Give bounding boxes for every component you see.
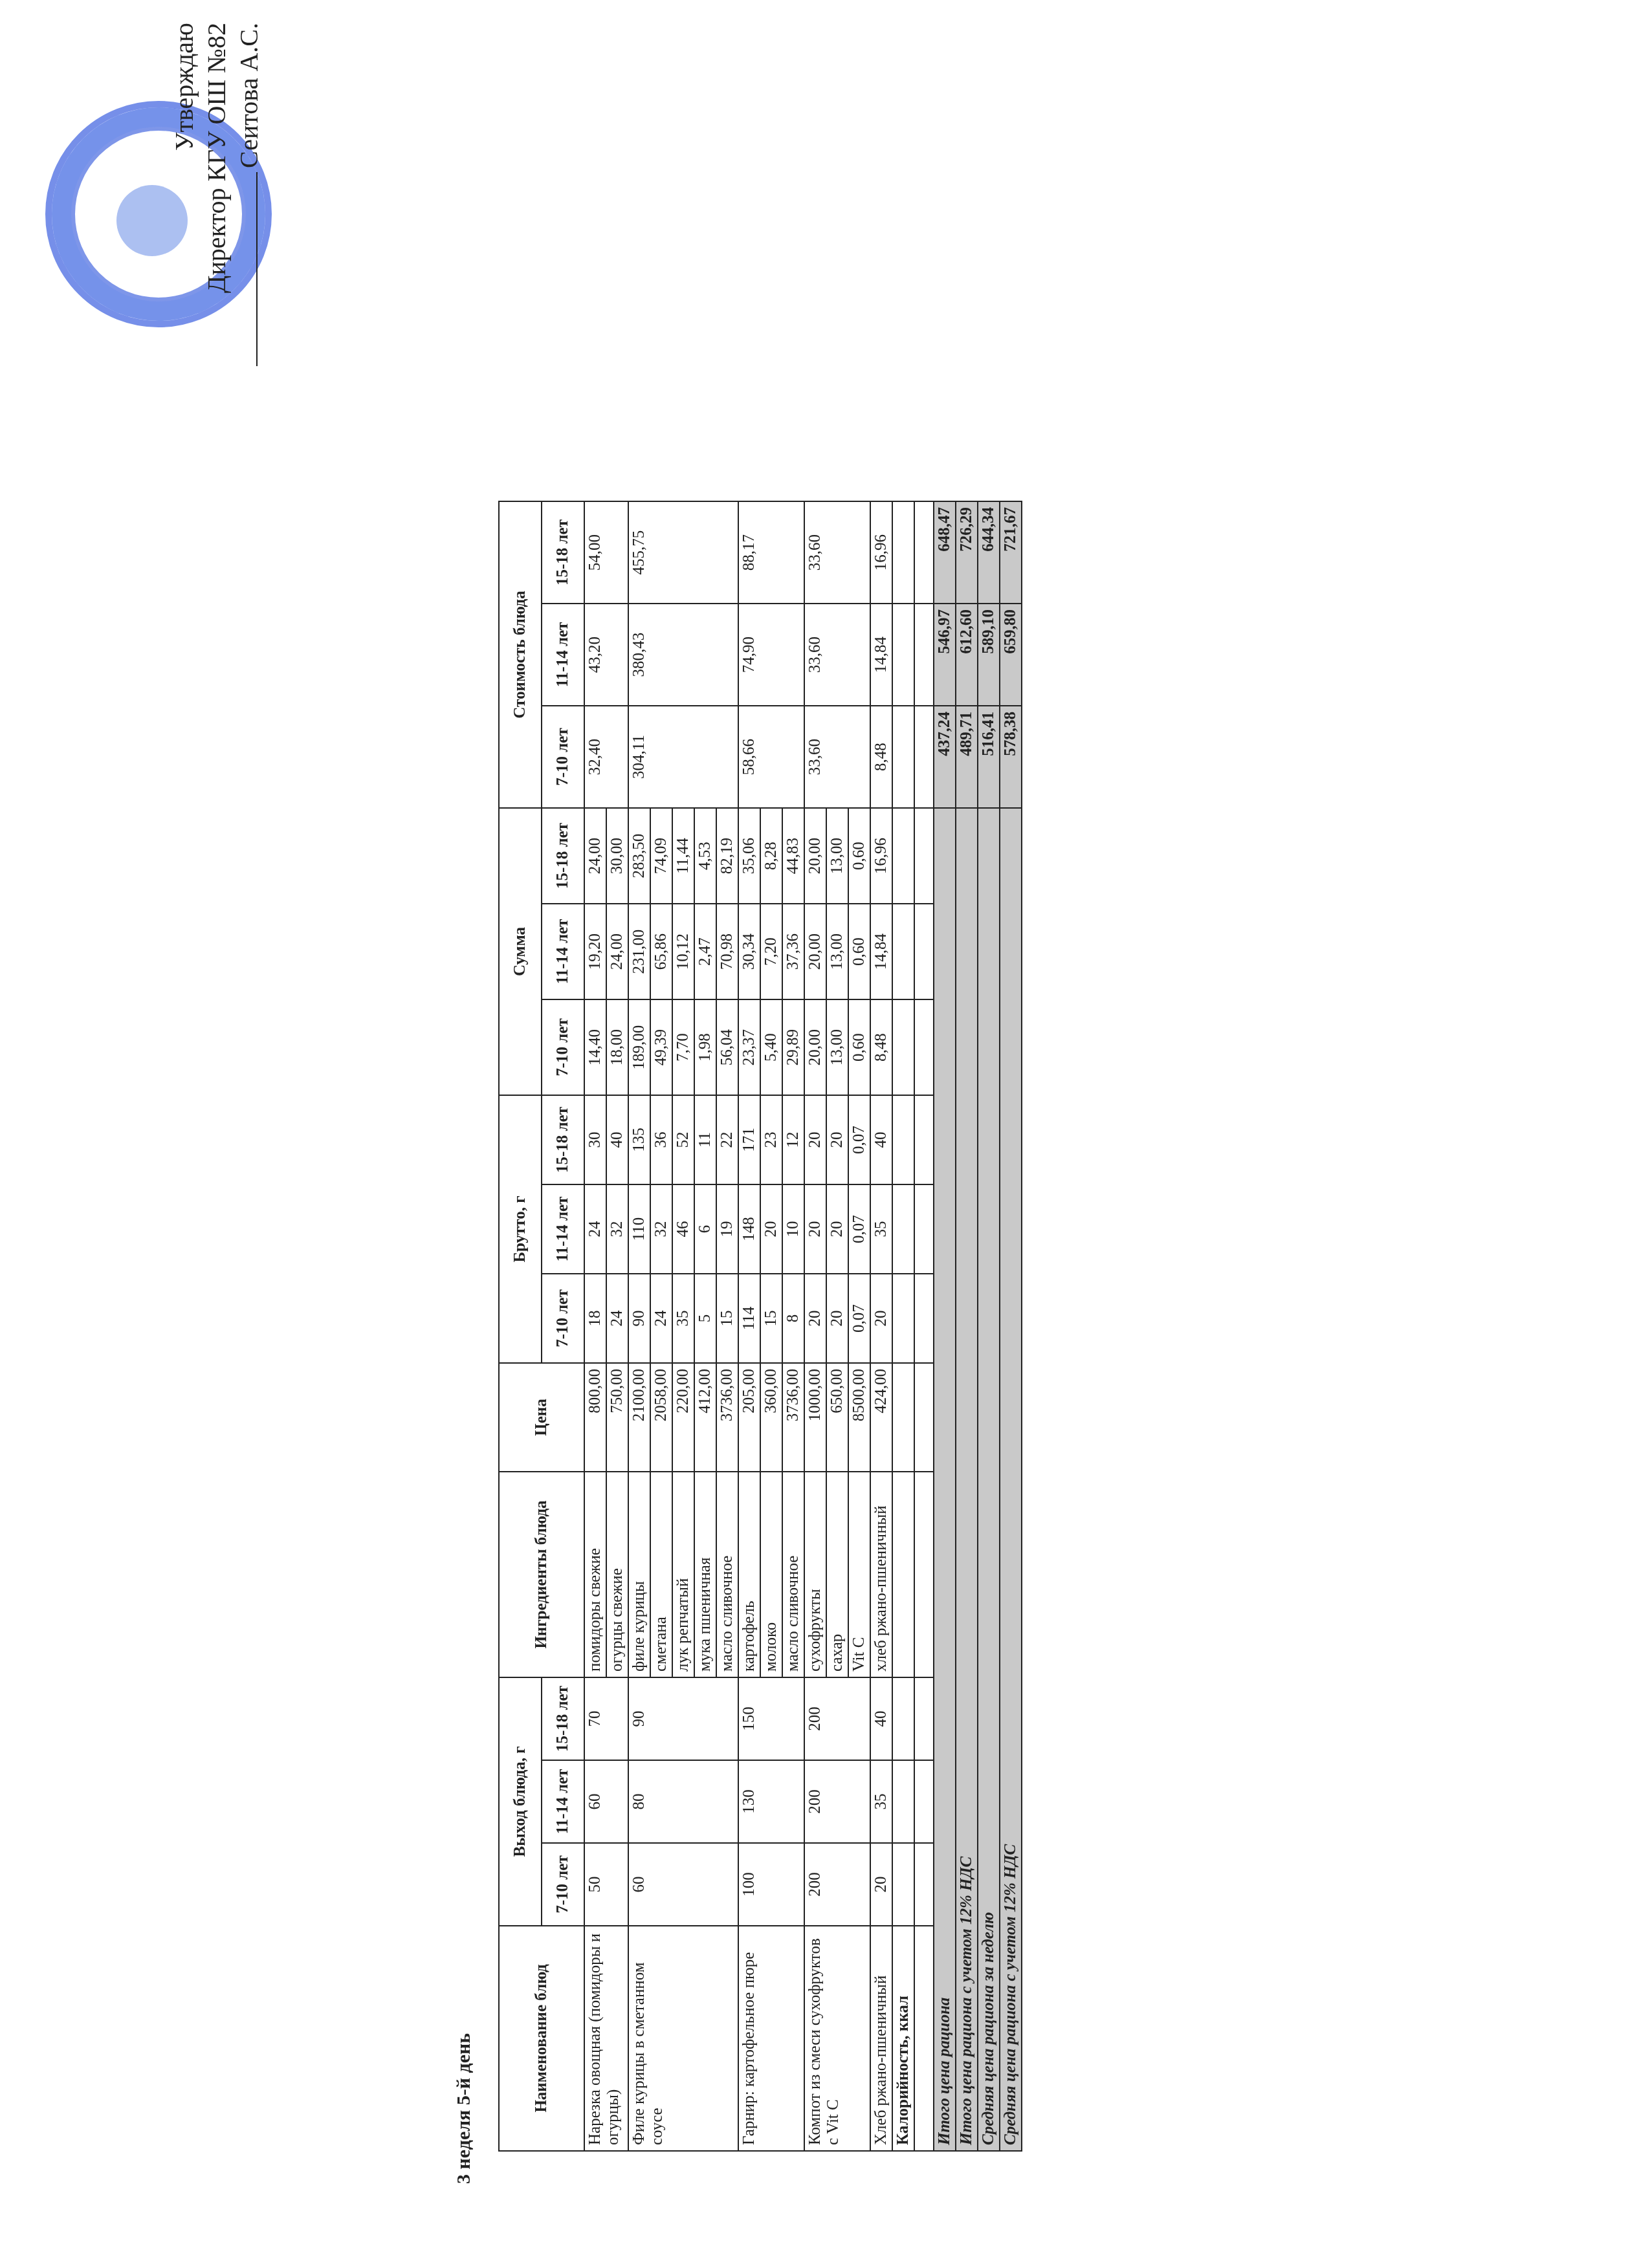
- ingredient-brutto: 15: [760, 1274, 782, 1363]
- ingredient-brutto: 8: [782, 1274, 804, 1363]
- dish-cost: 74,90: [738, 604, 804, 706]
- ingredient-brutto: 19: [716, 1184, 738, 1274]
- empty-cell: [914, 1095, 934, 1184]
- ingredient-sum: 13,00: [826, 808, 848, 904]
- header-sum: Сумма: [499, 808, 542, 1095]
- header-output: Выход блюда, г: [499, 1677, 542, 1926]
- ingredient-brutto: 110: [628, 1184, 650, 1274]
- header-brutto-age-2: 15-18 лет: [542, 1095, 584, 1184]
- empty-cell: [892, 1843, 914, 1926]
- calories-label: Калорийность, ккал: [892, 1926, 914, 2151]
- empty-cell: [914, 1472, 934, 1677]
- dish-cost: 304,11: [628, 706, 738, 808]
- dish-cost: 43,20: [584, 604, 628, 706]
- ingredient-name: лук репчатый: [672, 1472, 694, 1677]
- ingredient-name: Vit C: [848, 1472, 870, 1677]
- empty-cell: [892, 604, 914, 706]
- dish-output: 50: [584, 1843, 628, 1926]
- ingredient-sum: 24,00: [584, 808, 606, 904]
- ingredient-name: масло сливочное: [782, 1472, 804, 1677]
- empty-cell: [892, 904, 914, 999]
- ingredient-brutto: 10: [782, 1184, 804, 1274]
- ingredient-sum: 20,00: [804, 999, 826, 1095]
- ingredient-name: сухофрукты: [804, 1472, 826, 1677]
- ingredient-sum: 1,98: [694, 999, 716, 1095]
- ingredient-sum: 30,00: [606, 808, 628, 904]
- ingredient-sum: 49,39: [650, 999, 672, 1095]
- dish-cost: 16,96: [870, 501, 892, 604]
- ingredient-brutto: 15: [716, 1274, 738, 1363]
- ingredient-sum: 35,06: [738, 808, 760, 904]
- ingredient-sum: 37,36: [782, 904, 804, 999]
- empty-cell: [892, 999, 914, 1095]
- total-label: Итого цена рациона: [934, 808, 956, 2151]
- ingredient-sum: 13,00: [826, 904, 848, 999]
- ingredient-sum: 0,60: [848, 808, 870, 904]
- blank-row: [914, 501, 934, 2151]
- ingredient-brutto: 36: [650, 1095, 672, 1184]
- total-value: 644,34: [978, 501, 1000, 604]
- ingredient-name: филе курицы: [628, 1472, 650, 1677]
- total-value: 721,67: [1000, 501, 1022, 604]
- ingredient-brutto: 20: [804, 1274, 826, 1363]
- empty-cell: [892, 808, 914, 904]
- total-row: Средняя цена рациона с учетом 12% НДС578…: [1000, 501, 1022, 2151]
- ingredient-name: помидоры свежие: [584, 1472, 606, 1677]
- total-value: 726,29: [956, 501, 978, 604]
- ingredient-sum: 13,00: [826, 999, 848, 1095]
- total-label: Итого цена рациона с учетом 12% НДС: [956, 808, 978, 2151]
- ingredient-brutto: 12: [782, 1095, 804, 1184]
- total-row: Итого цена рациона437,24546,97648,47: [934, 501, 956, 2151]
- ingredient-sum: 7,20: [760, 904, 782, 999]
- ingredient-brutto: 11: [694, 1095, 716, 1184]
- menu-table: Наименование блюд Выход блюда, г Ингреди…: [498, 501, 1022, 2152]
- dish-cost: 58,66: [738, 706, 804, 808]
- age-header-row: 7-10 лет11-14 лет15-18 лет7-10 лет11-14 …: [542, 501, 584, 2151]
- ingredient-brutto: 20: [804, 1095, 826, 1184]
- approval-title: Утверждаю: [168, 23, 201, 366]
- ingredient-sum: 18,00: [606, 999, 628, 1095]
- ingredient-brutto: 24: [606, 1274, 628, 1363]
- ingredient-brutto: 6: [694, 1184, 716, 1274]
- table-row: Компот из смеси сухофруктов с Vit C20020…: [804, 501, 826, 2151]
- header-dish-name: Наименование блюд: [499, 1926, 584, 2151]
- ingredient-brutto: 40: [870, 1095, 892, 1184]
- ingredient-sum: 0,60: [848, 904, 870, 999]
- header-cost-age-2: 15-18 лет: [542, 501, 584, 604]
- dish-output: 40: [870, 1677, 892, 1760]
- ingredient-sum: 56,04: [716, 999, 738, 1095]
- ingredient-name: сахар: [826, 1472, 848, 1677]
- ingredient-brutto: 40: [606, 1095, 628, 1184]
- empty-cell: [914, 706, 934, 808]
- ingredient-name: мука пшеничная: [694, 1472, 716, 1677]
- dish-cost: 14,84: [870, 604, 892, 706]
- ingredient-sum: 14,84: [870, 904, 892, 999]
- ingredient-sum: 16,96: [870, 808, 892, 904]
- ingredient-brutto: 20: [804, 1184, 826, 1274]
- ingredient-brutto: 171: [738, 1095, 760, 1184]
- empty-cell: [892, 1184, 914, 1274]
- ingredient-sum: 30,34: [738, 904, 760, 999]
- ingredient-brutto: 20: [870, 1274, 892, 1363]
- empty-cell: [914, 604, 934, 706]
- header-output-age-2: 15-18 лет: [542, 1677, 584, 1760]
- ingredient-sum: 7,70: [672, 999, 694, 1095]
- empty-cell: [914, 1677, 934, 1760]
- dish-output: 150: [738, 1677, 804, 1760]
- ingredient-sum: 8,48: [870, 999, 892, 1095]
- ingredient-name: огурцы свежие: [606, 1472, 628, 1677]
- ingredient-name: масло сливочное: [716, 1472, 738, 1677]
- ingredient-sum: 8,28: [760, 808, 782, 904]
- dish-output: 80: [628, 1760, 738, 1843]
- dish-cost: 32,40: [584, 706, 628, 808]
- empty-cell: [892, 501, 914, 604]
- dish-output: 100: [738, 1843, 804, 1926]
- ingredient-sum: 4,53: [694, 808, 716, 904]
- total-row: Итого цена рациона с учетом 12% НДС489,7…: [956, 501, 978, 2151]
- total-value: 578,38: [1000, 706, 1022, 808]
- total-label: Средняя цена рациона за неделю: [978, 808, 1000, 2151]
- empty-cell: [892, 1472, 914, 1677]
- ingredient-sum: 2,47: [694, 904, 716, 999]
- header-ingredients: Ингредиенты блюда: [499, 1472, 584, 1677]
- ingredient-sum: 70,98: [716, 904, 738, 999]
- ingredient-brutto: 52: [672, 1095, 694, 1184]
- approval-position: Директор КГУ ОШ №82: [201, 23, 233, 366]
- total-value: 659,80: [1000, 604, 1022, 706]
- ingredient-brutto: 20: [826, 1184, 848, 1274]
- ingredient-price: 800,00: [584, 1363, 606, 1472]
- total-row: Средняя цена рациона за неделю516,41589,…: [978, 501, 1000, 2151]
- total-value: 648,47: [934, 501, 956, 604]
- dish-cost: 54,00: [584, 501, 628, 604]
- ingredient-sum: 20,00: [804, 808, 826, 904]
- calories-row: Калорийность, ккал: [892, 501, 914, 2151]
- signature-line: [256, 172, 258, 366]
- total-value: 437,24: [934, 706, 956, 808]
- empty-cell: [914, 904, 934, 999]
- ingredient-brutto: 35: [672, 1274, 694, 1363]
- dish-output: 200: [804, 1760, 870, 1843]
- ingredient-price: 1000,00: [804, 1363, 826, 1472]
- ingredient-price: 360,00: [760, 1363, 782, 1472]
- table-row: Филе курицы в сметанном соусе608090филе …: [628, 501, 650, 2151]
- ingredient-sum: 19,20: [584, 904, 606, 999]
- rotated-page: 3 неделя 5-й день Утверждаю Директор КГУ…: [0, 0, 1650, 2268]
- ingredient-price: 424,00: [870, 1363, 892, 1472]
- ingredient-brutto: 20: [826, 1095, 848, 1184]
- empty-cell: [892, 1677, 914, 1760]
- ingredient-brutto: 22: [716, 1095, 738, 1184]
- ingredient-brutto: 23: [760, 1095, 782, 1184]
- ingredient-sum: 10,12: [672, 904, 694, 999]
- ingredient-name: молоко: [760, 1472, 782, 1677]
- table-row: Гарнир: картофельное пюре100130150картоф…: [738, 501, 760, 2151]
- empty-cell: [914, 1363, 934, 1472]
- dish-cost: 33,60: [804, 706, 870, 808]
- ingredient-brutto: 46: [672, 1184, 694, 1274]
- empty-cell: [914, 1274, 934, 1363]
- table-row: Хлеб ржано-пшеничный203540хлеб ржано-пше…: [870, 501, 892, 2151]
- ingredient-brutto: 18: [584, 1274, 606, 1363]
- empty-cell: [914, 999, 934, 1095]
- ingredient-sum: 65,86: [650, 904, 672, 999]
- ingredient-sum: 29,89: [782, 999, 804, 1095]
- ingredient-price: 8500,00: [848, 1363, 870, 1472]
- ingredient-brutto: 0,07: [848, 1274, 870, 1363]
- total-value: 489,71: [956, 706, 978, 808]
- empty-cell: [914, 1184, 934, 1274]
- ingredient-sum: 14,40: [584, 999, 606, 1095]
- ingredient-price: 2100,00: [628, 1363, 650, 1472]
- header-brutto: Брутто, г: [499, 1095, 542, 1363]
- empty-cell: [914, 808, 934, 904]
- ingredient-sum: 5,40: [760, 999, 782, 1095]
- ingredient-brutto: 32: [606, 1184, 628, 1274]
- ingredient-brutto: 24: [650, 1274, 672, 1363]
- empty-cell: [892, 706, 914, 808]
- ingredient-brutto: 32: [650, 1184, 672, 1274]
- dish-output: 90: [628, 1677, 738, 1760]
- dish-cost: 380,43: [628, 604, 738, 706]
- ingredient-brutto: 0,07: [848, 1184, 870, 1274]
- empty-cell: [914, 1760, 934, 1843]
- empty-cell: [914, 1843, 934, 1926]
- table-body: Нарезка овощная (помидоры и огурцы)50607…: [584, 501, 1022, 2151]
- dish-output: 200: [804, 1843, 870, 1926]
- header-brutto-age-1: 11-14 лет: [542, 1184, 584, 1274]
- ingredient-name: хлеб ржано-пшеничный: [870, 1472, 892, 1677]
- header-cost: Стоимость блюда: [499, 501, 542, 808]
- ingredient-price: 205,00: [738, 1363, 760, 1472]
- header-sum-age-0: 7-10 лет: [542, 999, 584, 1095]
- empty-cell: [892, 1095, 914, 1184]
- total-value: 516,41: [978, 706, 1000, 808]
- approval-name: Сеитова А.С.: [234, 23, 263, 168]
- dish-cost: 8,48: [870, 706, 892, 808]
- page-caption: 3 неделя 5-й день: [453, 2033, 475, 2184]
- header-sum-age-1: 11-14 лет: [542, 904, 584, 999]
- ingredient-brutto: 90: [628, 1274, 650, 1363]
- ingredient-price: 2058,00: [650, 1363, 672, 1472]
- ingredient-sum: 74,09: [650, 808, 672, 904]
- ingredient-brutto: 5: [694, 1274, 716, 1363]
- dish-output: 60: [584, 1760, 628, 1843]
- dish-cost: 455,75: [628, 501, 738, 604]
- ingredient-sum: 44,83: [782, 808, 804, 904]
- dish-cost: 33,60: [804, 604, 870, 706]
- ingredient-brutto: 24: [584, 1184, 606, 1274]
- total-value: 612,60: [956, 604, 978, 706]
- dish-output: 60: [628, 1843, 738, 1926]
- dish-name: Компот из смеси сухофруктов с Vit C: [804, 1926, 870, 2151]
- ingredient-brutto: 30: [584, 1095, 606, 1184]
- ingredient-name: сметана: [650, 1472, 672, 1677]
- empty-cell: [892, 1760, 914, 1843]
- empty-cell: [892, 1274, 914, 1363]
- empty-cell: [892, 1363, 914, 1472]
- ingredient-brutto: 0,07: [848, 1095, 870, 1184]
- approval-block: Утверждаю Директор КГУ ОШ №82 Сеитова А.…: [168, 23, 265, 366]
- header-price: Цена: [499, 1363, 584, 1472]
- ingredient-brutto: 148: [738, 1184, 760, 1274]
- ingredient-sum: 283,50: [628, 808, 650, 904]
- ingredient-sum: 0,60: [848, 999, 870, 1095]
- ingredient-sum: 23,37: [738, 999, 760, 1095]
- ingredient-price: 3736,00: [782, 1363, 804, 1472]
- dish-output: 200: [804, 1677, 870, 1760]
- header-output-age-0: 7-10 лет: [542, 1843, 584, 1926]
- empty-cell: [914, 1926, 934, 2151]
- ingredient-sum: 82,19: [716, 808, 738, 904]
- ingredient-sum: 11,44: [672, 808, 694, 904]
- dish-cost: 88,17: [738, 501, 804, 604]
- dish-output: 20: [870, 1843, 892, 1926]
- ingredient-brutto: 20: [760, 1184, 782, 1274]
- ingredient-brutto: 135: [628, 1095, 650, 1184]
- total-value: 546,97: [934, 604, 956, 706]
- dish-name: Гарнир: картофельное пюре: [738, 1926, 804, 2151]
- ingredient-price: 3736,00: [716, 1363, 738, 1472]
- ingredient-sum: 231,00: [628, 904, 650, 999]
- ingredient-name: картофель: [738, 1472, 760, 1677]
- ingredient-brutto: 35: [870, 1184, 892, 1274]
- header-cost-age-1: 11-14 лет: [542, 604, 584, 706]
- dish-name: Филе курицы в сметанном соусе: [628, 1926, 738, 2151]
- ingredient-sum: 24,00: [606, 904, 628, 999]
- dish-output: 70: [584, 1677, 628, 1760]
- empty-cell: [914, 501, 934, 604]
- table-row: Нарезка овощная (помидоры и огурцы)50607…: [584, 501, 606, 2151]
- ingredient-price: 650,00: [826, 1363, 848, 1472]
- ingredient-price: 750,00: [606, 1363, 628, 1472]
- ingredient-brutto: 20: [826, 1274, 848, 1363]
- total-value: 589,10: [978, 604, 1000, 706]
- dish-name: Хлеб ржано-пшеничный: [870, 1926, 892, 2151]
- ingredient-price: 412,00: [694, 1363, 716, 1472]
- total-label: Средняя цена рациона с учетом 12% НДС: [1000, 808, 1022, 2151]
- dish-output: 130: [738, 1760, 804, 1843]
- header-cost-age-0: 7-10 лет: [542, 706, 584, 808]
- ingredient-sum: 189,00: [628, 999, 650, 1095]
- dish-output: 35: [870, 1760, 892, 1843]
- dish-cost: 33,60: [804, 501, 870, 604]
- header-brutto-age-0: 7-10 лет: [542, 1274, 584, 1363]
- ingredient-price: 220,00: [672, 1363, 694, 1472]
- dish-name: Нарезка овощная (помидоры и огурцы): [584, 1926, 628, 2151]
- header-sum-age-2: 15-18 лет: [542, 808, 584, 904]
- ingredient-brutto: 114: [738, 1274, 760, 1363]
- header-output-age-1: 11-14 лет: [542, 1760, 584, 1843]
- ingredient-sum: 20,00: [804, 904, 826, 999]
